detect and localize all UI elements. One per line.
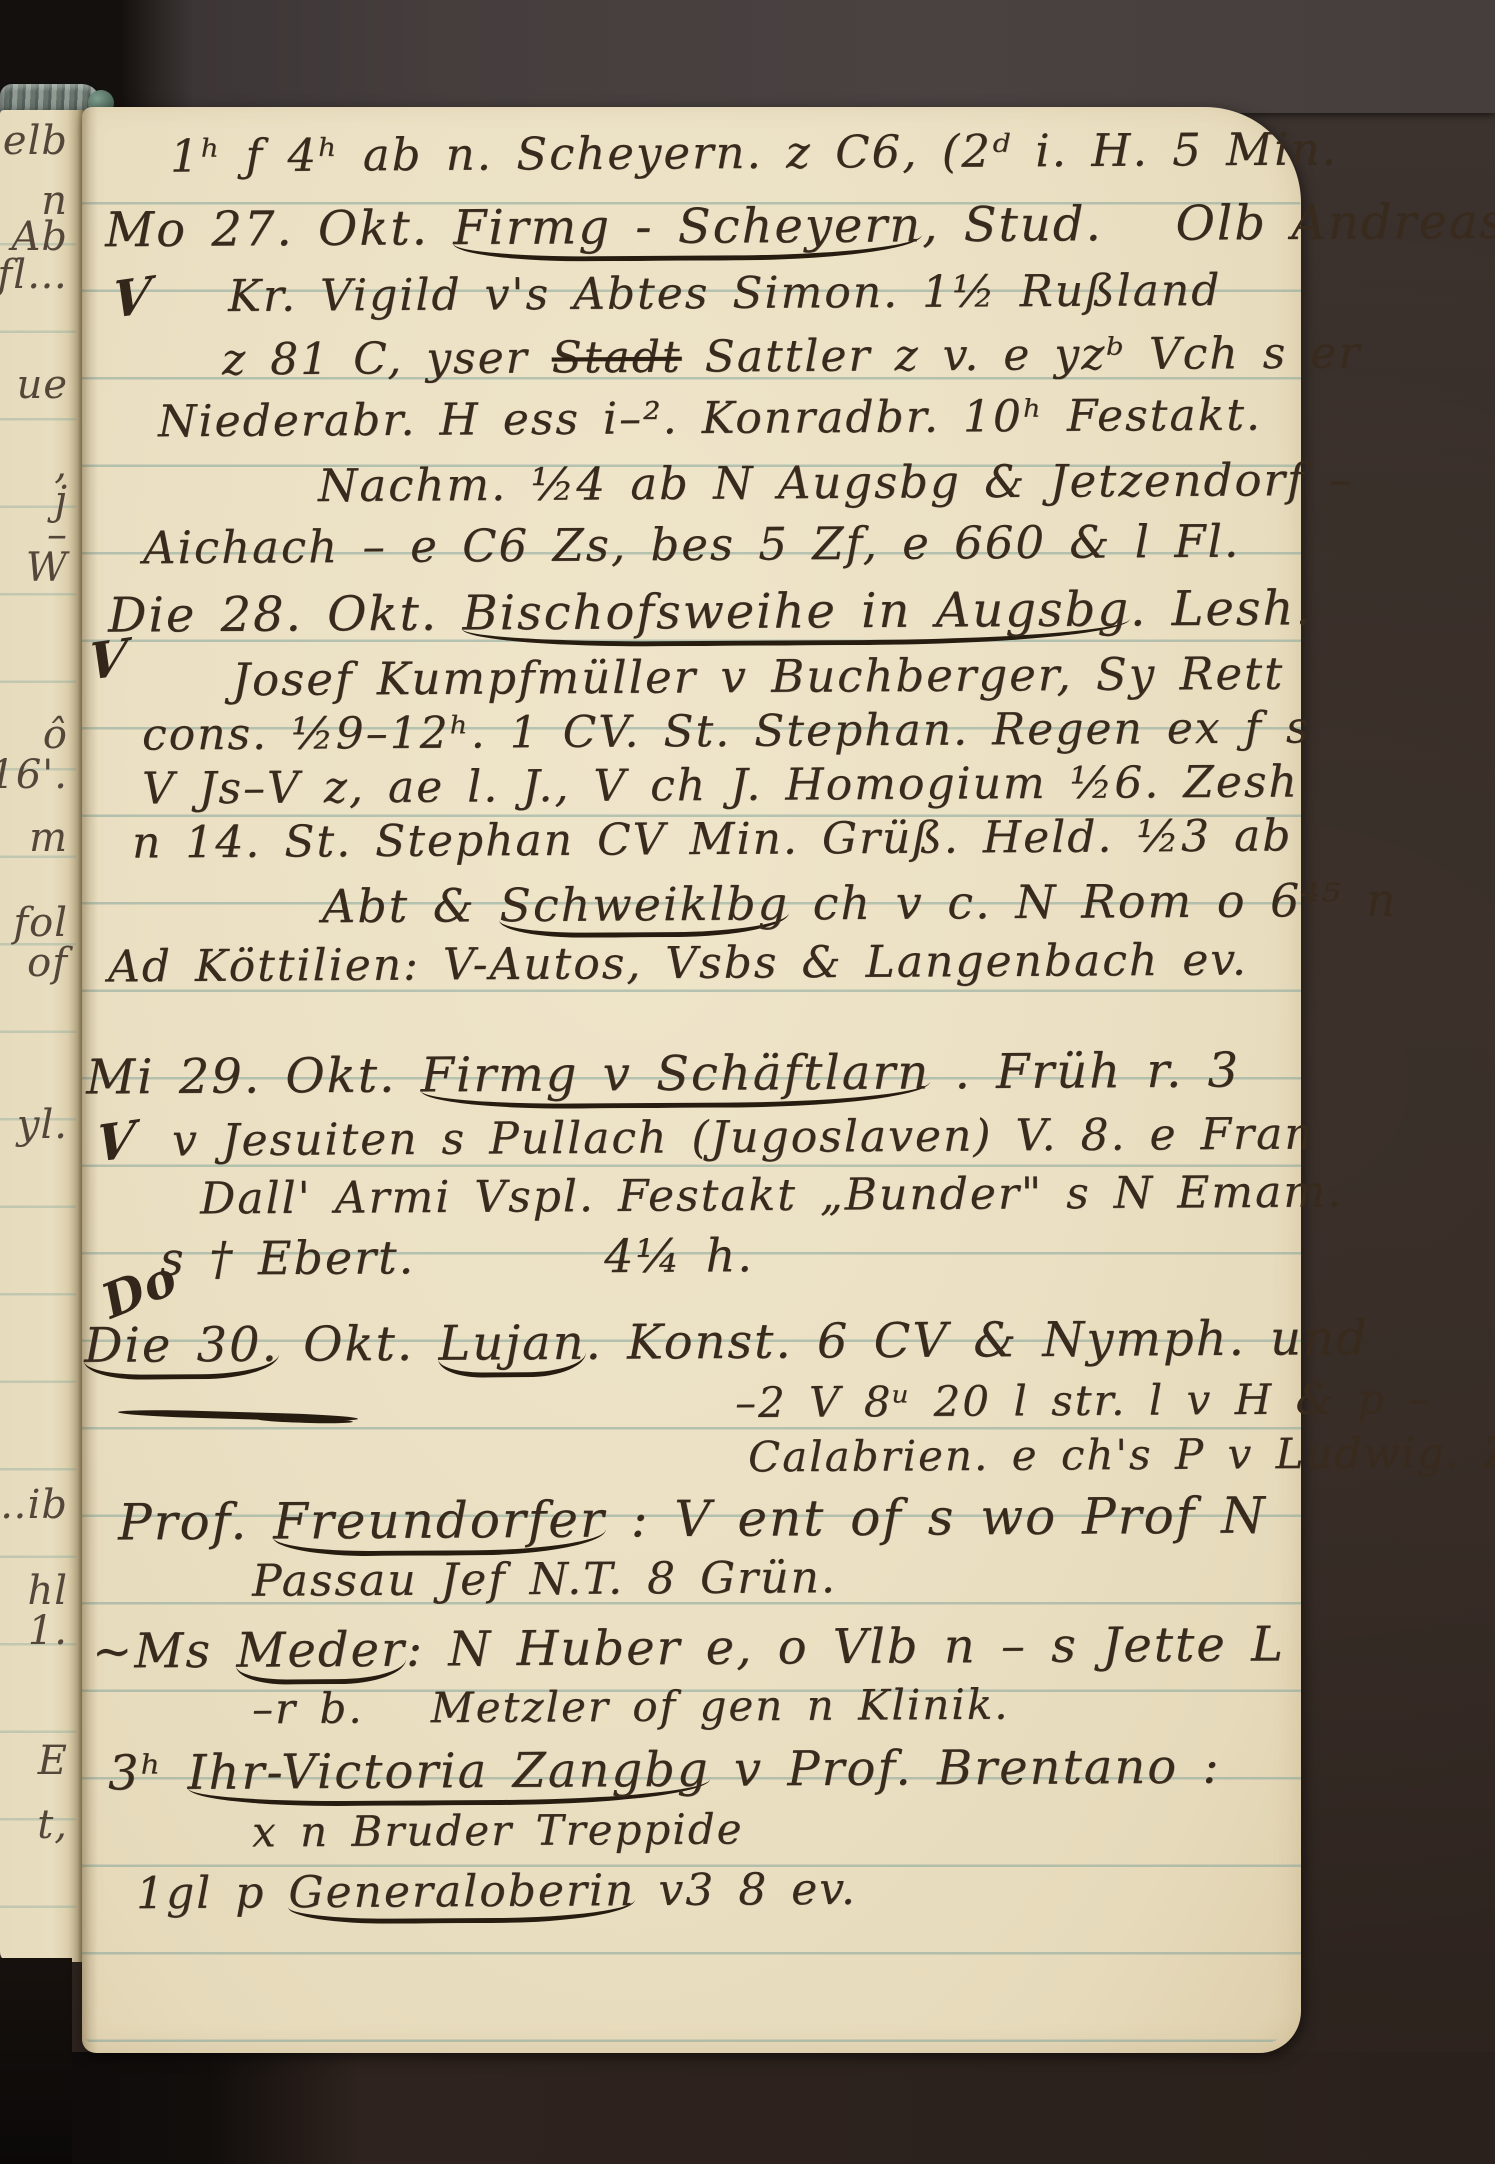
phrase: cons. ½9–12ʰ. 1 CV. St. Stephan. Regen e… <box>142 702 1311 760</box>
phrase: Calabrien. e ch's P v Ludwig. Zf. <box>748 1428 1495 1482</box>
handwriting-line: Aichach – e C6 Zs, bes 5 Zf, e 660 & l F… <box>143 517 1241 573</box>
phrase: s † Ebert. 4¼ h. <box>160 1228 754 1286</box>
handwriting-line: –r b. Metzler of gen n Klinik. <box>252 1682 1010 1733</box>
handwriting-line: Dall' Armi Vspl. Festakt „Bunder" s N Em… <box>200 1169 1343 1224</box>
text-fragment: ue <box>17 362 68 408</box>
phrase: : N Huber e, o Vlb n – s Jette L <box>406 1616 1285 1677</box>
previous-page-edge: elbnAbfl…ue,j–Wô16'.mfolofyl.…ibhl1.Et, <box>0 110 84 1962</box>
checkmark: V <box>94 1109 137 1175</box>
handwriting-line: Die 28. Okt. Bischofsweihe in Augsbg. Le… <box>108 582 1313 642</box>
phrase: Die 28. Okt. <box>108 586 463 644</box>
handwriting-line: Nachm. ½4 ab N Augsbg & Jetzendorf – <box>318 455 1354 511</box>
underlined-phrase: Firmg - Scheyern <box>453 197 922 262</box>
text-fragment: 16'. <box>0 752 68 798</box>
handwriting-line: Mi 29. Okt. Firmg v Schäftlarn . Früh r.… <box>86 1044 1240 1104</box>
struck-word: Stadt <box>552 332 682 384</box>
phrase: V Js–V z, ae l. J., V ch J. Homogium ½6.… <box>142 756 1299 814</box>
phrase: Okt. <box>279 1316 439 1373</box>
handwriting-line: n 14. St. Stephan CV Min. Grüß. Held. ½3… <box>132 812 1293 867</box>
handwriting-line: x n Bruder Treppide <box>252 1806 744 1855</box>
handwriting-line: Abt & Schweiklbg ch v c. N Rom o 6⁴⁵ n <box>322 875 1398 932</box>
phrase: –r b. Metzler of gen n Klinik. <box>252 1680 1010 1734</box>
manuscript-photo: elbnAbfl…ue,j–Wô16'.mfolofyl.…ibhl1.Et, … <box>0 0 1495 2164</box>
text-fragment: …ib <box>0 1482 68 1528</box>
phrase: Abt & <box>322 878 500 933</box>
handwriting-line: ~Ms Meder: N Huber e, o Vlb n – s Jette … <box>92 1618 1285 1678</box>
handwriting-line: 3ʰ Ihr-Victoria Zangbg v Prof. Brentano … <box>108 1741 1221 1801</box>
handwriting-line: Niederabr. H ess i–². Konradbr. 10ʰ Fest… <box>158 392 1262 447</box>
handwriting-line: 1ʰ ƒ 4ʰ ab n. Scheyern. z C6, (2ᵈ i. H. … <box>170 124 1338 181</box>
handwriting-line: Kr. Vigild v's Abtes Simon. 1½ Rußland <box>228 267 1222 321</box>
handwriting-line: –2 V 8ᵘ 20 l str. l v H & p – <box>735 1376 1432 1426</box>
text-fragment: m <box>29 815 68 861</box>
handwriting-line: Die 30. Okt. Lujan. Konst. 6 CV & Nymph.… <box>84 1312 1369 1373</box>
phrase: Josef Kumpfmüller v Buchberger, Sy Rett <box>232 647 1285 706</box>
text-fragment: elb <box>3 118 68 164</box>
handwriting-line: 1gl p Generaloberin v3 8 ev. <box>136 1866 857 1919</box>
phrase: Passau Jef N.T. 8 Grün. <box>252 1552 837 1607</box>
phrase: n 14. St. Stephan CV Min. Grüß. Held. ½3… <box>132 810 1293 868</box>
phrase: , Stud. Olb Andreas <box>922 194 1495 254</box>
handwriting-line: Calabrien. e ch's P v Ludwig. Zf. <box>748 1430 1495 1481</box>
phrase: 1gl p <box>136 1867 289 1919</box>
phrase: Aichach – e C6 Zs, bes 5 Zf, e 660 & l F… <box>143 515 1241 575</box>
handwriting-line: Josef Kumpfmüller v Buchberger, Sy Rett <box>232 649 1284 705</box>
text-fragment: 1. <box>28 1608 68 1654</box>
phrase: –2 V 8ᵘ 20 l str. l v H & p – <box>735 1374 1432 1427</box>
handwriting-line: V Js–V z, ae l. J., V ch J. Homogium ½6.… <box>142 758 1299 813</box>
phrase: Niederabr. H ess i–². Konradbr. 10ʰ Fest… <box>158 390 1262 448</box>
book-cover-top-edge <box>0 0 1495 113</box>
phrase: ~Ms <box>92 1623 237 1680</box>
phrase: : V ent of s wo Prof N <box>606 1486 1267 1548</box>
phrase: ch v c. N Rom o 6⁴⁵ n <box>789 873 1398 931</box>
text-fragment: of <box>27 940 68 986</box>
phrase: . Konst. 6 CV & Nymph. und <box>585 1310 1368 1371</box>
text-fragment: yl. <box>17 1102 68 1148</box>
phrase: 1ʰ ƒ 4ʰ ab n. Scheyern. z C6, (2ᵈ i. H. … <box>170 122 1338 182</box>
underlined-phrase: Generaloberin <box>288 1865 635 1924</box>
text-fragment: t, <box>37 1802 68 1848</box>
handwriting-line: Prof. Freundorfer : V ent of s wo Prof N <box>118 1488 1267 1550</box>
phrase: z 81 C, yser <box>222 332 552 385</box>
phrase: v Prof. Brentano : <box>709 1739 1220 1798</box>
cover-board-corner <box>0 1958 72 2164</box>
checkmark: V <box>86 627 129 693</box>
text-fragment: W <box>26 545 68 591</box>
phrase: 3ʰ <box>108 1745 188 1801</box>
phrase: Nachm. ½4 ab N Augsbg & Jetzendorf – <box>318 453 1354 512</box>
text-fragment: E <box>38 1738 68 1784</box>
handwriting-line: Passau Jef N.T. 8 Grün. <box>252 1554 837 1606</box>
phrase: Prof. <box>118 1493 274 1552</box>
handwriting-line: Mo 27. Okt. Firmg - Scheyern, Stud. Olb … <box>105 196 1495 257</box>
handwriting-line: Ad Köttilien: V-Autos, Vsbs & Langenbach… <box>108 937 1248 992</box>
phrase: Kr. Vigild v's Abtes Simon. 1½ Rußland <box>228 265 1222 322</box>
phrase: v Jesuiten s Pullach (Jugoslaven) V. 8. … <box>172 1109 1315 1167</box>
checkmark: V <box>110 265 153 331</box>
underlined-phrase: Ihr-Victoria Zangbg <box>187 1742 709 1807</box>
phrase: v3 8 ev. <box>635 1864 857 1916</box>
underlined-phrase: Firmg v Schäftlarn <box>420 1044 930 1109</box>
phrase: . Früh r. 3 <box>930 1042 1240 1100</box>
phrase: Mo 27. Okt. <box>105 200 453 258</box>
ruled-lines-left-strip <box>0 158 76 1952</box>
text-fragment: fl… <box>0 252 68 298</box>
underlined-phrase: Meder <box>236 1622 406 1685</box>
phrase: . Lesh. <box>1130 580 1313 637</box>
handwriting-line: z 81 C, yser Stadt Sattler z v. e yzᵇ Vc… <box>222 330 1362 385</box>
handwriting-line: s † Ebert. 4¼ h. <box>160 1230 754 1284</box>
phrase: Dall' Armi Vspl. Festakt „Bunder" s N Em… <box>200 1167 1343 1225</box>
underlined-phrase: Schweiklbg <box>499 876 789 938</box>
underlined-phrase: Lujan <box>438 1315 586 1378</box>
phrase: Mi 29. Okt. <box>86 1047 421 1105</box>
handwriting-line: v Jesuiten s Pullach (Jugoslaven) V. 8. … <box>172 1111 1315 1166</box>
phrase: x n Bruder Treppide <box>252 1804 744 1856</box>
underlined-phrase: Bischofsweihe in Augsbg <box>462 581 1130 647</box>
phrase: Ad Köttilien: V-Autos, Vsbs & Langenbach… <box>108 935 1248 993</box>
phrase: Sattler z v. e yzᵇ Vch s er <box>681 328 1361 383</box>
book-cover-bottom-edge <box>0 2052 1495 2164</box>
underlined-phrase: Freundorfer <box>273 1491 606 1557</box>
handwriting-line: cons. ½9–12ʰ. 1 CV. St. Stephan. Regen e… <box>142 704 1311 760</box>
